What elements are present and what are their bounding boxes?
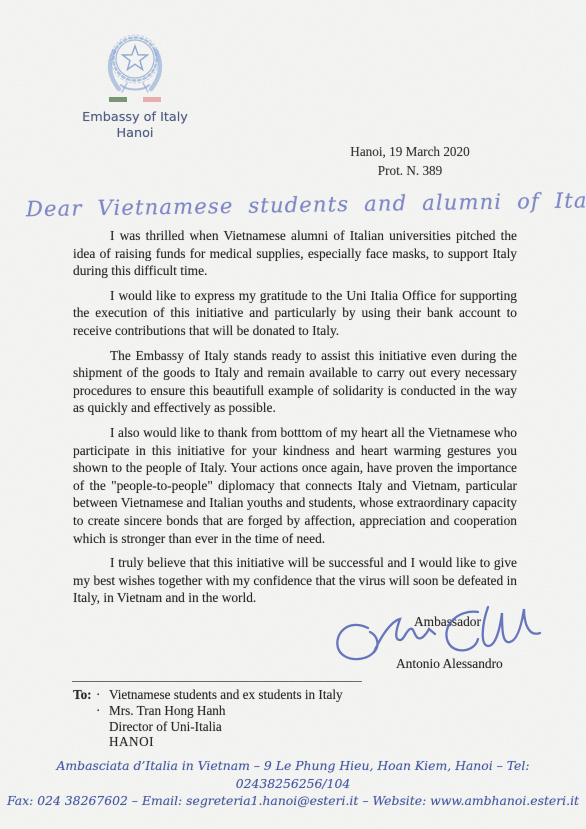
protocol-number: Prot. N. 389 [298,161,522,180]
letterhead: Embassy of Italy Hanoi [63,33,207,142]
bullet-icon: · [96,687,109,703]
embassy-footer: Ambasciata d’Italia in Vietnam – 9 Le Ph… [0,757,586,810]
recipient-line: Mrs. Tran Hong Hanh [109,703,453,719]
place-and-date: Hanoi, 19 March 2020 [298,142,522,161]
flag-red-bar [143,97,161,102]
embassy-city: Hanoi [63,126,207,142]
italian-flag-strip [63,97,207,102]
flag-green-bar [109,97,127,102]
signer-name: Antonio Alessandro [396,656,503,672]
recipients-divider [72,681,362,682]
body-paragraph: I truly believe that this initiative wil… [73,554,517,607]
recipients-block: To: · Vietnamese students and ex student… [73,687,453,750]
body-paragraph: The Embassy of Italy stands ready to ass… [73,347,517,417]
dateline-block: Hanoi, 19 March 2020 Prot. N. 389 [298,142,522,180]
letter-body: I was thrilled when Vietnamese alumni of… [73,227,517,614]
recipient-line: HANOI [109,734,453,750]
recipient-row: HANOI [73,734,453,750]
body-paragraph: I was thrilled when Vietnamese alumni of… [73,227,517,280]
recipient-line: Vietnamese students and ex students in I… [109,687,453,703]
handwritten-greeting: Dear Vietnamese students and alumni of I… [26,189,560,221]
body-paragraph: I would like to express my gratitude to … [73,287,517,340]
footer-contact-line: Fax: 024 38267602 – Email: segreteria1.h… [0,792,586,810]
italy-emblem-icon [106,33,164,95]
scanned-letter-page: Embassy of Italy Hanoi Hanoi, 19 March 2… [0,0,586,829]
recipient-row: Director of Uni-Italia [73,719,453,735]
embassy-name: Embassy of Italy [63,110,207,126]
bullet-icon: · [96,703,109,719]
recipient-line: Director of Uni-Italia [109,719,453,735]
body-paragraph: I also would like to thank from botttom … [73,424,517,547]
recipient-row: To: · Vietnamese students and ex student… [73,687,453,703]
footer-address-line: Ambasciata d’Italia in Vietnam – 9 Le Ph… [0,757,586,792]
signature-block: Ambassador Antonio Alessandro [330,600,545,678]
to-label: To: [73,687,96,703]
recipient-row: · Mrs. Tran Hong Hanh [73,703,453,719]
